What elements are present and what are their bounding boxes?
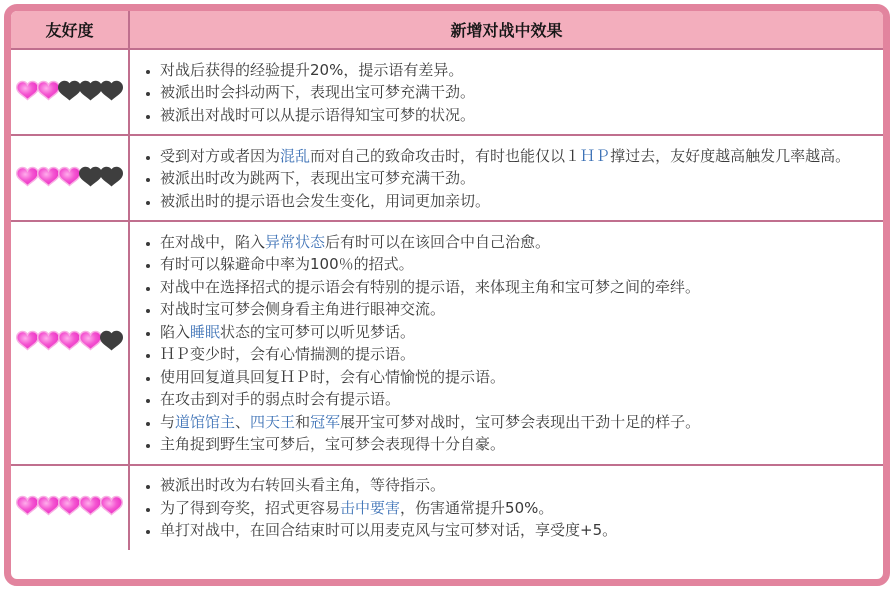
heart-filled-icon (58, 495, 81, 516)
effect-item: 使用回复道具回复ＨＰ时，会有心情愉悦的提示语。 (160, 367, 873, 387)
effect-text: 在攻击到对手的弱点时会有提示语。 (160, 390, 400, 408)
friendship-level-cell (11, 49, 129, 135)
effect-text: 有时可以躲避命中率为100％的招式。 (160, 255, 414, 273)
header-row: 友好度 新增对战中效果 (11, 11, 883, 49)
effect-text: 对战后获得的经验提升20%，提示语有差异。 (160, 61, 463, 79)
heart-filled-icon (37, 495, 60, 516)
effect-text: 陷入 (160, 323, 190, 341)
effect-item: 与道馆馆主、四天王和冠军展开宝可梦对战时，宝可梦会表现出干劲十足的样子。 (160, 412, 873, 432)
effect-item: 受到对方或者因为混乱而对自己的致命攻击时，有时也能仅以１ＨＰ撑过去，友好度越高触… (160, 146, 873, 166)
effect-text: 被派出时会抖动两下，表现出宝可梦充满干劲。 (160, 83, 475, 101)
heart-empty-icon (79, 166, 102, 187)
heart-filled-icon (16, 495, 39, 516)
wiki-link[interactable]: 冠军 (310, 413, 340, 431)
friendship-level-cell (11, 465, 129, 550)
effect-text: 被派出时改为右转回头看主角，等待指示。 (160, 476, 445, 494)
effect-text: 单打对战中，在回合结束时可以用麦克风与宝可梦对话，享受度+5。 (160, 521, 617, 539)
effect-item: 为了得到夸奖，招式更容易击中要害，伤害通常提升50%。 (160, 498, 873, 518)
effect-item: 被派出对战时可以从提示语得知宝可梦的状况。 (160, 105, 873, 125)
battle-effects-cell: 被派出时改为右转回头看主角，等待指示。为了得到夸奖，招式更容易击中要害，伤害通常… (129, 465, 883, 550)
friendship-row: 受到对方或者因为混乱而对自己的致命攻击时，有时也能仅以１ＨＰ撑过去，友好度越高触… (11, 135, 883, 221)
effect-item: 在攻击到对手的弱点时会有提示语。 (160, 389, 873, 409)
friendship-level-cell (11, 135, 129, 221)
effect-text: 而对自己的致命攻击时，有时也能仅以１ (310, 147, 580, 165)
effect-item: 被派出时的提示语也会发生变化，用词更加亲切。 (160, 191, 873, 211)
effect-item: 被派出时改为跳两下，表现出宝可梦充满干劲。 (160, 168, 873, 188)
effect-text: 为了得到夸奖，招式更容易 (160, 499, 340, 517)
effect-item: 对战中在选择招式的提示语会有特别的提示语，来体现主角和宝可梦之间的牵绊。 (160, 277, 873, 297)
friendship-effects-table: 友好度 新增对战中效果 对战后获得的经验提升20%，提示语有差异。被派出时会抖动… (11, 11, 883, 550)
effect-item: 对战后获得的经验提升20%，提示语有差异。 (160, 60, 873, 80)
friendship-level-cell (11, 221, 129, 465)
effect-text: 主角捉到野生宝可梦后，宝可梦会表现得十分自豪。 (160, 435, 505, 453)
effect-text: 和 (295, 413, 310, 431)
column-header-friendship: 友好度 (11, 11, 129, 49)
effect-text: 使用回复道具回复ＨＰ时，会有心情愉悦的提示语。 (160, 368, 505, 386)
effect-text: 受到对方或者因为 (160, 147, 280, 165)
effects-list: 在对战中，陷入异常状态后有时可以在该回合中自己治愈。有时可以躲避命中率为100％… (138, 232, 873, 455)
column-header-battle-effects: 新增对战中效果 (129, 11, 883, 49)
heart-filled-icon (37, 330, 60, 351)
heart-empty-icon (100, 330, 123, 351)
heart-empty-icon (58, 80, 81, 101)
effect-item: 单打对战中，在回合结束时可以用麦克风与宝可梦对话，享受度+5。 (160, 520, 873, 540)
effect-text: 被派出时的提示语也会发生变化，用词更加亲切。 (160, 192, 490, 210)
wiki-link[interactable]: 击中要害 (340, 499, 400, 517)
effect-text: 被派出时改为跳两下，表现出宝可梦充满干劲。 (160, 169, 475, 187)
friendship-row: 在对战中，陷入异常状态后有时可以在该回合中自己治愈。有时可以躲避命中率为100％… (11, 221, 883, 465)
effects-list: 对战后获得的经验提升20%，提示语有差异。被派出时会抖动两下，表现出宝可梦充满干… (138, 60, 873, 125)
heart-empty-icon (100, 80, 123, 101)
effect-item: ＨＰ变少时，会有心情揣测的提示语。 (160, 344, 873, 364)
effects-list: 受到对方或者因为混乱而对自己的致命攻击时，有时也能仅以１ＨＰ撑过去，友好度越高触… (138, 146, 873, 211)
effect-text: 对战中在选择招式的提示语会有特别的提示语，来体现主角和宝可梦之间的牵绊。 (160, 278, 700, 296)
friendship-hearts (17, 80, 122, 101)
effects-list: 被派出时改为右转回头看主角，等待指示。为了得到夸奖，招式更容易击中要害，伤害通常… (138, 475, 873, 540)
effect-text: 对战时宝可梦会侧身看主角进行眼神交流。 (160, 300, 445, 318)
effect-text: 被派出对战时可以从提示语得知宝可梦的状况。 (160, 106, 475, 124)
effect-item: 陷入睡眠状态的宝可梦可以听见梦话。 (160, 322, 873, 342)
effect-item: 有时可以躲避命中率为100％的招式。 (160, 254, 873, 274)
battle-effects-cell: 对战后获得的经验提升20%，提示语有差异。被派出时会抖动两下，表现出宝可梦充满干… (129, 49, 883, 135)
effect-item: 主角捉到野生宝可梦后，宝可梦会表现得十分自豪。 (160, 434, 873, 454)
friendship-row: 对战后获得的经验提升20%，提示语有差异。被派出时会抖动两下，表现出宝可梦充满干… (11, 49, 883, 135)
effect-text: 在对战中，陷入 (160, 233, 265, 251)
wiki-link[interactable]: 混乱 (280, 147, 310, 165)
effect-item: 在对战中，陷入异常状态后有时可以在该回合中自己治愈。 (160, 232, 873, 252)
wiki-link[interactable]: 睡眠 (190, 323, 220, 341)
effect-text: 展开宝可梦对战时，宝可梦会表现出干劲十足的样子。 (340, 413, 700, 431)
battle-effects-cell: 在对战中，陷入异常状态后有时可以在该回合中自己治愈。有时可以躲避命中率为100％… (129, 221, 883, 465)
heart-filled-icon (16, 80, 39, 101)
effect-text: ＨＰ变少时，会有心情揣测的提示语。 (160, 345, 415, 363)
heart-empty-icon (79, 80, 102, 101)
battle-effects-cell: 受到对方或者因为混乱而对自己的致命攻击时，有时也能仅以１ＨＰ撑过去，友好度越高触… (129, 135, 883, 221)
effect-item: 对战时宝可梦会侧身看主角进行眼神交流。 (160, 299, 873, 319)
friendship-hearts (17, 495, 122, 516)
effect-text: 撑过去，友好度越高触发几率越高。 (610, 147, 850, 165)
heart-filled-icon (100, 495, 123, 516)
wiki-link[interactable]: 道馆馆主 (175, 413, 235, 431)
heart-filled-icon (58, 166, 81, 187)
effect-text: 状态的宝可梦可以听见梦话。 (220, 323, 415, 341)
heart-filled-icon (79, 330, 102, 351)
effect-item: 被派出时会抖动两下，表现出宝可梦充满干劲。 (160, 82, 873, 102)
heart-filled-icon (16, 166, 39, 187)
effect-item: 被派出时改为右转回头看主角，等待指示。 (160, 475, 873, 495)
effect-text: 、 (235, 413, 250, 431)
friendship-hearts (17, 166, 122, 187)
page: 友好度 新增对战中效果 对战后获得的经验提升20%，提示语有差异。被派出时会抖动… (0, 0, 894, 592)
friendship-hearts (17, 330, 122, 351)
heart-filled-icon (16, 330, 39, 351)
effect-text: 后有时可以在该回合中自己治愈。 (325, 233, 550, 251)
effect-text: ，伤害通常提升50%。 (400, 499, 553, 517)
wiki-link[interactable]: ＨＰ (580, 147, 610, 165)
heart-empty-icon (100, 166, 123, 187)
heart-filled-icon (79, 495, 102, 516)
effect-text: 与 (160, 413, 175, 431)
friendship-row: 被派出时改为右转回头看主角，等待指示。为了得到夸奖，招式更容易击中要害，伤害通常… (11, 465, 883, 550)
heart-filled-icon (37, 80, 60, 101)
friendship-table-frame: 友好度 新增对战中效果 对战后获得的经验提升20%，提示语有差异。被派出时会抖动… (4, 4, 890, 586)
heart-filled-icon (37, 166, 60, 187)
heart-filled-icon (58, 330, 81, 351)
wiki-link[interactable]: 四天王 (250, 413, 295, 431)
wiki-link[interactable]: 异常状态 (265, 233, 325, 251)
